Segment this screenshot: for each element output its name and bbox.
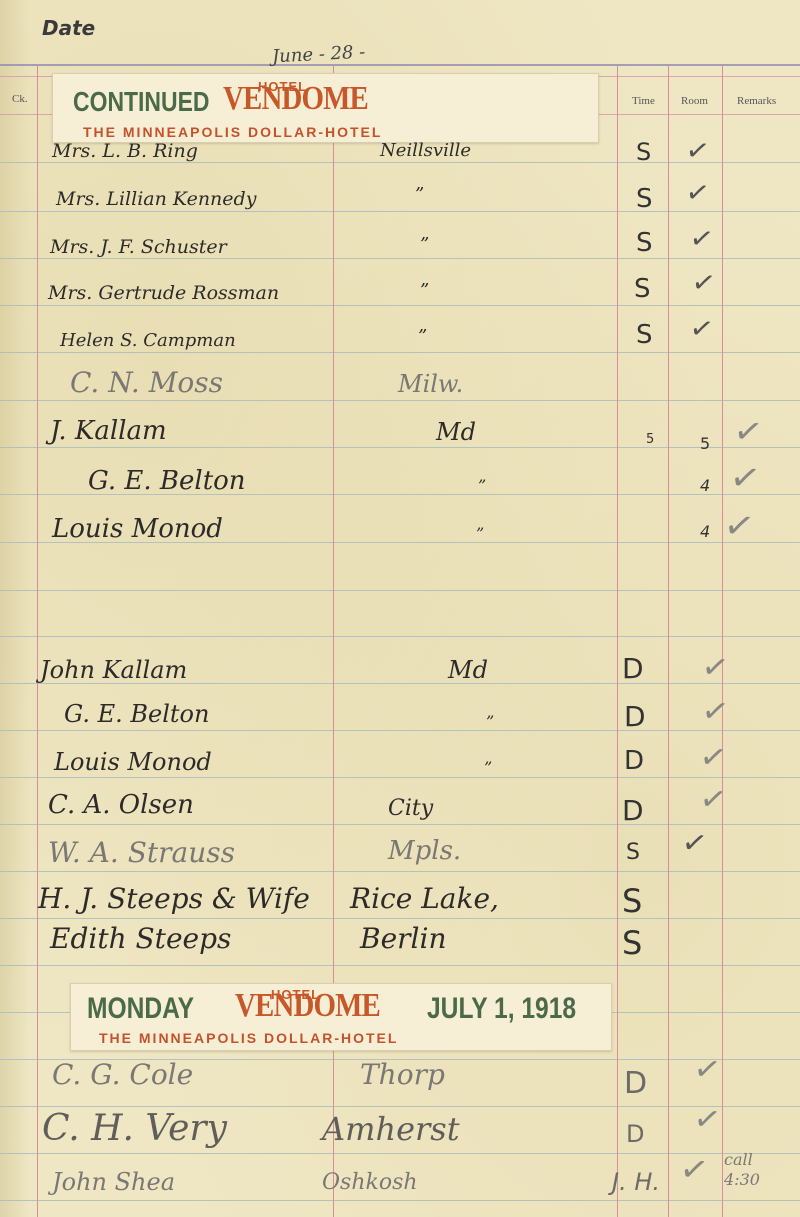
time-mark: S <box>622 882 642 920</box>
time-mark: D <box>624 1066 647 1101</box>
guest-residence: Amherst <box>322 1110 460 1148</box>
rule-line <box>0 258 800 259</box>
guest-residence: Oshkosh <box>322 1170 418 1195</box>
rule-line <box>0 211 800 212</box>
rule-line <box>0 590 800 591</box>
time-mark: S <box>636 138 651 166</box>
guest-name: Mrs. Lillian Kennedy <box>56 188 256 210</box>
guest-name: Louis Monod <box>52 514 223 544</box>
time-mark: D <box>624 746 644 776</box>
time-mark: 5 <box>646 432 654 447</box>
check-mark: ✓ <box>687 220 716 257</box>
rule-line <box>0 162 800 163</box>
column-divider-ck <box>37 66 38 1217</box>
rule-line <box>0 965 800 966</box>
guest-residence: ” <box>415 184 424 205</box>
time-mark: D <box>622 652 644 685</box>
check-mark: ✓ <box>683 132 712 169</box>
guest-name: J. Kallam <box>50 416 167 446</box>
time-mark: J. H. <box>612 1168 660 1196</box>
guest-name: John Shea <box>52 1168 175 1196</box>
rule-line <box>0 777 800 778</box>
banner-tagline: THE MINNEAPOLIS DOLLAR-HOTEL <box>83 124 382 140</box>
time-mark: D <box>622 794 644 827</box>
banner-tagline: THE MINNEAPOLIS DOLLAR-HOTEL <box>99 1030 398 1046</box>
banner-date: JULY 1, 1918 <box>427 992 576 1026</box>
guest-name: G. E. Belton <box>88 466 246 496</box>
guest-name: Helen S. Campman <box>60 330 236 351</box>
guest-residence: Md <box>436 418 476 446</box>
rule-line <box>0 824 800 825</box>
guest-residence: Berlin <box>360 922 446 955</box>
guest-residence: Neillsville <box>380 140 471 161</box>
column-divider-remarks <box>722 66 723 1217</box>
guest-name: C. G. Cole <box>52 1058 193 1091</box>
guest-residence: ” <box>476 524 484 543</box>
time-mark: S <box>626 840 640 865</box>
check-mark: ✓ <box>697 778 730 820</box>
check-mark: ✓ <box>677 1148 712 1192</box>
guest-name: Louis Monod <box>54 748 212 776</box>
rule-line <box>0 871 800 872</box>
column-header-ck: Ck. <box>12 93 28 105</box>
guest-residence: Rice Lake, <box>350 882 499 915</box>
rule-line <box>0 1200 800 1201</box>
column-header-time: Time <box>632 95 655 107</box>
guest-residence: Milw. <box>398 370 463 398</box>
banner-continued-word: CONTINUED <box>73 86 209 118</box>
guest-name: Mrs. Gertrude Rossman <box>48 282 279 304</box>
room-number: 4 <box>700 476 710 495</box>
guest-residence: ” <box>486 712 494 731</box>
guest-name: John Kallam <box>40 656 187 684</box>
check-mark: ✓ <box>687 310 716 347</box>
time-mark: D <box>626 1120 644 1148</box>
banner-hotel-name: VENDOME <box>223 80 368 118</box>
column-header-room: Room <box>681 95 708 107</box>
guest-residence: Md <box>448 656 488 684</box>
rule-line <box>0 305 800 306</box>
time-mark: S <box>636 320 653 350</box>
guest-name: Edith Steeps <box>50 922 231 955</box>
rule-line <box>0 730 800 731</box>
guest-name: G. E. Belton <box>64 700 209 728</box>
guest-residence: Mpls. <box>388 836 461 866</box>
time-mark: S <box>636 228 653 258</box>
header-top-rule <box>0 64 800 66</box>
room-number: 5 <box>700 434 710 453</box>
column-header-remarks: Remarks <box>737 95 776 107</box>
check-mark: ✓ <box>697 736 730 778</box>
date-label: Date <box>42 16 95 40</box>
banner-day-word: MONDAY <box>87 992 194 1026</box>
rule-line <box>0 1153 800 1154</box>
guest-residence: ” <box>420 280 429 301</box>
column-divider-time <box>617 66 618 1217</box>
check-mark: ✓ <box>683 174 712 211</box>
rule-line <box>0 636 800 637</box>
guest-residence: ” <box>478 476 486 495</box>
check-mark: ✓ <box>691 1098 724 1140</box>
column-divider-room <box>668 66 669 1217</box>
guest-residence: Thorp <box>360 1058 445 1091</box>
rule-line <box>0 918 800 919</box>
guest-name: Mrs. L. B. Ring <box>52 140 198 162</box>
remark-note: call 4:30 <box>724 1150 784 1190</box>
rule-line <box>0 447 800 448</box>
time-mark: S <box>622 924 642 962</box>
rule-line <box>0 400 800 401</box>
banner-hotel-name: VENDOME <box>235 987 380 1025</box>
time-mark: S <box>636 184 653 214</box>
time-mark: S <box>634 274 651 304</box>
rule-line <box>0 352 800 353</box>
guest-residence: ” <box>484 758 492 777</box>
guest-residence: ” <box>418 326 427 347</box>
guest-name: C. N. Moss <box>70 366 223 399</box>
room-number: 4 <box>700 522 710 541</box>
guest-name: C. A. Olsen <box>48 790 194 820</box>
guest-residence: City <box>388 796 433 821</box>
guest-name: C. H. Very <box>42 1108 227 1149</box>
guest-name: H. J. Steeps & Wife <box>38 882 310 915</box>
guest-residence: ” <box>420 234 429 255</box>
check-mark: ✓ <box>679 824 710 863</box>
check-mark: ✓ <box>699 690 732 732</box>
time-mark: D <box>624 700 646 733</box>
check-mark: ✓ <box>699 646 732 688</box>
guest-name: W. A. Strauss <box>48 836 235 869</box>
monday-banner: MONDAY HOTEL VENDOME JULY 1, 1918 THE MI… <box>70 983 612 1051</box>
check-mark: ✓ <box>689 264 718 301</box>
guest-name: Mrs. J. F. Schuster <box>50 236 227 258</box>
continued-banner: CONTINUED HOTEL VENDOME THE MINNEAPOLIS … <box>52 73 599 143</box>
rule-line <box>0 1106 800 1107</box>
check-mark: ✓ <box>691 1048 724 1090</box>
